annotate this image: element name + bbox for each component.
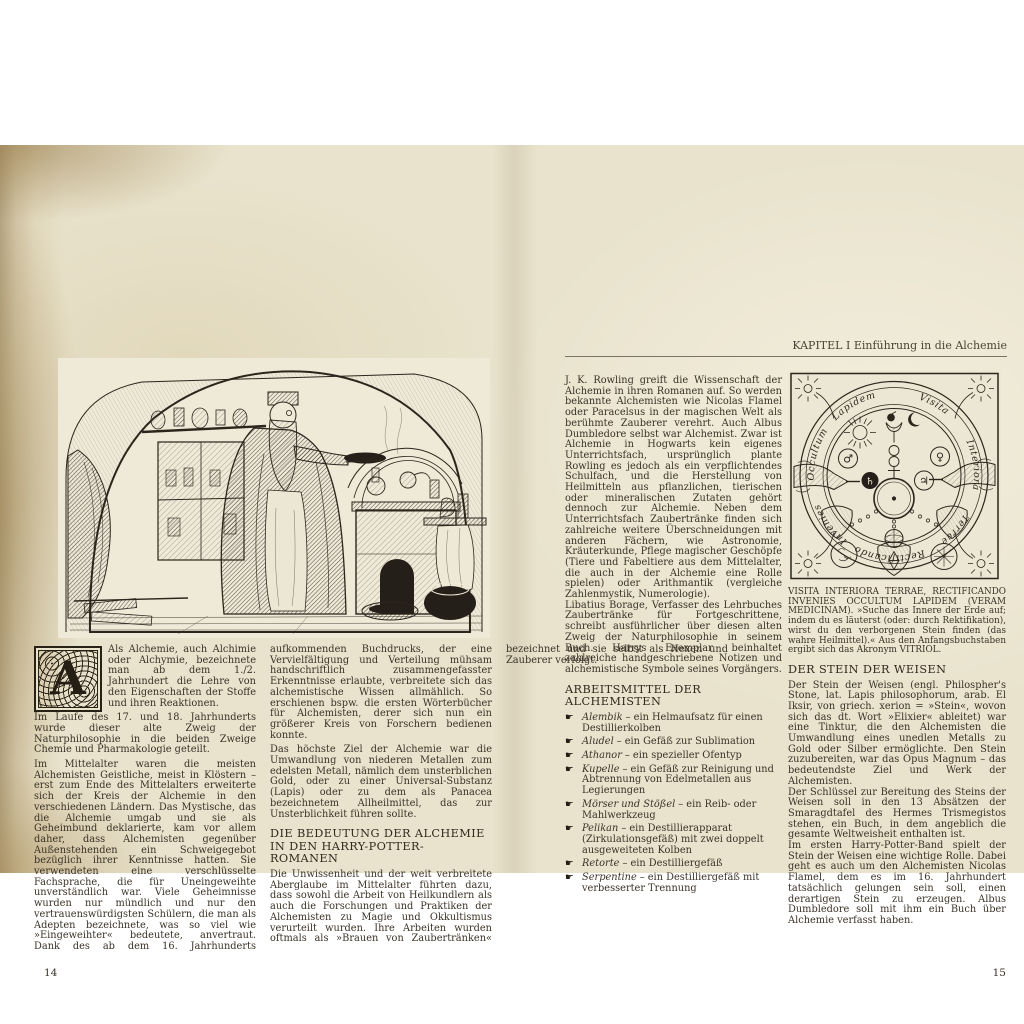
venus-glyph: ♀ — [936, 451, 944, 464]
manicule-icon: ☛ — [565, 713, 574, 724]
tool-desc: – ein spezieller Ofentyp — [625, 750, 742, 761]
tool-term: Athanor — [582, 750, 622, 761]
tool-term: Kupelle — [582, 764, 620, 775]
tool-desc: – ein Destilliergefäß — [622, 858, 722, 869]
manicule-icon: ☛ — [565, 873, 574, 884]
saturn-glyph: ♄ — [866, 477, 875, 488]
mars-glyph: ♂ — [843, 453, 853, 466]
vitriol-emblem: Visita Interiora Terrae Rectificando Inv… — [788, 370, 1001, 582]
paragraph: Libatius Borage, Verfasser des Lehrbuche… — [565, 601, 782, 676]
left-page-text: AAls Alchemie, auch Alchimie oder Alchym… — [34, 645, 492, 963]
drop-cap: A — [34, 646, 102, 712]
list-item: ☛Retorte– ein Destilliergefäß — [565, 859, 782, 870]
tool-term: Aludel — [582, 736, 614, 747]
tool-term: Mörser und Stößel — [582, 799, 675, 810]
tool-term: Alembik — [582, 712, 623, 723]
manicule-icon: ☛ — [565, 765, 574, 776]
tool-term: Serpentine — [582, 872, 637, 883]
manicule-icon: ☛ — [565, 737, 574, 748]
screenshot-canvas: AAls Alchemie, auch Alchimie oder Alchym… — [0, 0, 1024, 1024]
list-item: ☛Alembik– ein Helmaufsatz für einen Dest… — [565, 713, 782, 734]
list-item: ☛Kupelle– ein Gefäß zur Reinigung und Ab… — [565, 765, 782, 797]
page-number-left: 14 — [44, 967, 57, 979]
manicule-icon: ☛ — [565, 824, 574, 835]
jupiter-glyph: ♃ — [919, 475, 929, 488]
page-number-right: 15 — [952, 967, 1006, 979]
paragraph: Der Stein der Weisen (engl. Philospher's… — [788, 681, 1006, 788]
paragraph: Im Laufe des 17. und 18. Jahrhunderts wu… — [34, 713, 256, 756]
paragraph: Das höchste Ziel der Alchemie war die Um… — [270, 745, 492, 820]
book-spread: AAls Alchemie, auch Alchimie oder Alchym… — [0, 145, 1024, 873]
running-header: KAPITEL I Einführung in die Alchemie — [565, 339, 1007, 357]
paragraph: AAls Alchemie, auch Alchimie oder Alchym… — [34, 645, 256, 709]
paragraph: J. K. Rowling greift die Wissenschaft de… — [565, 376, 782, 601]
paragraph: Der Schlüssel zur Bereitung des Steins d… — [788, 788, 1006, 842]
tool-term: Pelikan — [582, 823, 618, 834]
tools-heading: ARBEITSMITTEL DER ALCHEMISTEN — [565, 684, 782, 709]
emblem-caption: VISITA INTERIORA TERRAE, RECTIFICANDO IN… — [788, 588, 1006, 656]
tool-desc: – ein Gefäß zur Sublimation — [617, 736, 755, 747]
alchemist-engraving — [58, 358, 490, 638]
right-page-column-2: Visita Interiora Terrae Rectificando Inv… — [788, 370, 1006, 927]
list-item: ☛Aludel– ein Gefäß zur Sublimation — [565, 737, 782, 748]
tool-term: Retorte — [582, 858, 619, 869]
list-item: ☛Athanor– ein spezieller Ofentyp — [565, 751, 782, 762]
list-item: ☛Serpentine– ein Destilliergefäß mit ver… — [565, 873, 782, 894]
section-heading: DIE BEDEUTUNG DER ALCHEMIE IN DEN HARRY-… — [270, 828, 492, 866]
manicule-icon: ☛ — [565, 859, 574, 870]
paragraph: Im ersten Harry-Potter-Band spielt der S… — [788, 841, 1006, 927]
list-item: ☛Mörser und Stößel– ein Reib- oder Mahlw… — [565, 800, 782, 821]
paragraph-text: Als Alchemie, auch Alchimie oder Alchymi… — [108, 644, 256, 709]
right-page-column-1: J. K. Rowling greift die Wissenschaft de… — [565, 376, 782, 897]
manicule-icon: ☛ — [565, 800, 574, 811]
stone-heading: DER STEIN DER WEISEN — [788, 664, 1006, 677]
manicule-icon: ☛ — [565, 751, 574, 762]
tools-list: ☛Alembik– ein Helmaufsatz für einen Dest… — [565, 713, 782, 895]
list-item: ☛Pelikan– ein Destillierapparat (Zirkula… — [565, 824, 782, 856]
